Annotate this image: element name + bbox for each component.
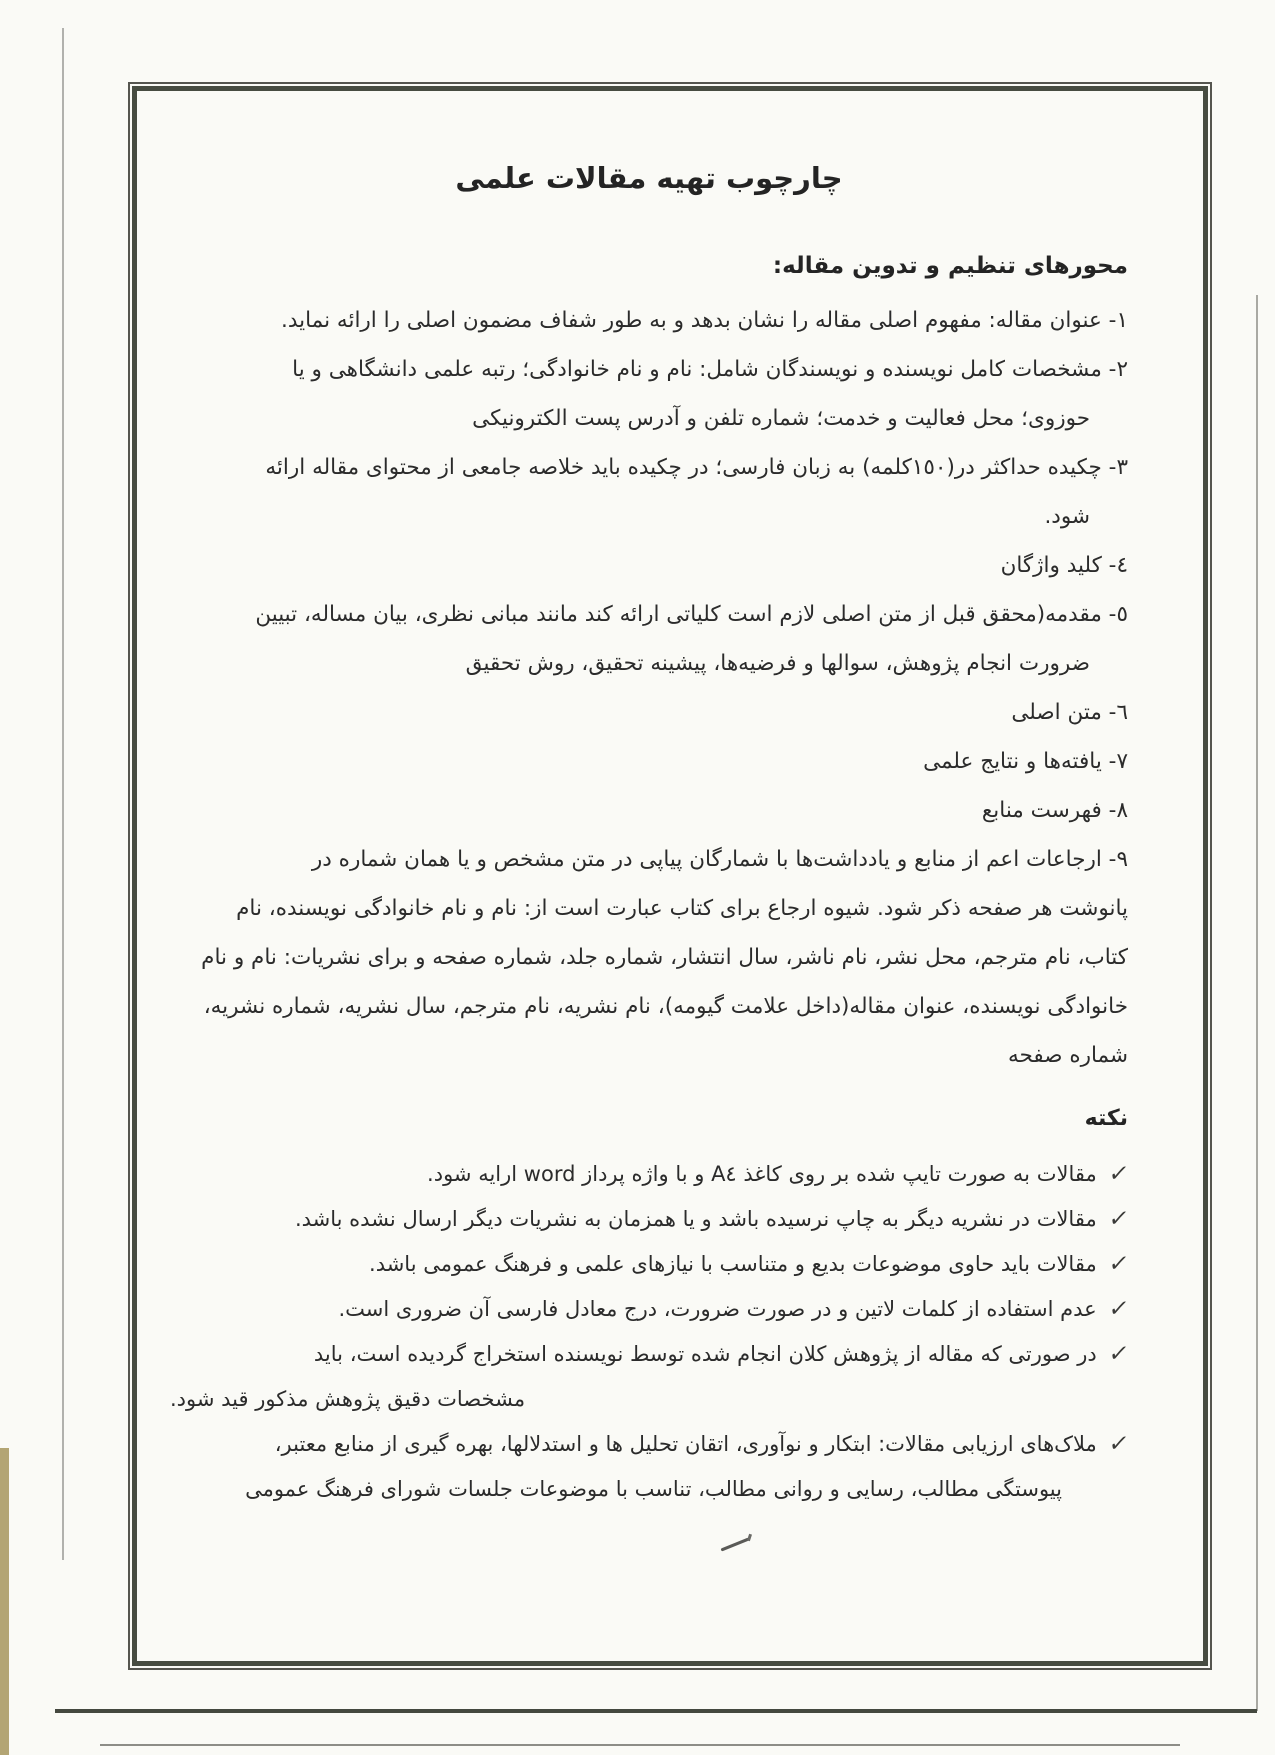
document-body: چارچوب تهیه مقالات علمی محورهای تنظیم و … [170,158,1128,1512]
check-icon: ✓ [1105,1287,1132,1332]
note-item-6-line-2: پیوستگی مطالب، رسایی و روانی مطالب، تناس… [170,1467,1128,1512]
note-item-6-line-1: ✓ملاک‌های ارزیابی مقالات: ابتکار و نوآور… [170,1422,1128,1467]
note-item-5-text-1: در صورتی که مقاله از پژوهش کلان انجام شد… [314,1342,1097,1366]
note-item-5-line-2: مشخصات دقیق پژوهش مذکور قید شود. [170,1377,1128,1422]
note-item-1-text: مقالات به صورت تایپ شده بر روی کاغذ A٤ و… [427,1162,1097,1186]
note-item-3: ✓مقالات باید حاوی موضوعات بدیع و متناسب … [170,1242,1128,1287]
note-item-6-text-1: ملاک‌های ارزیابی مقالات: ابتکار و نوآوری… [275,1432,1097,1456]
note-item-4-text: عدم استفاده از کلمات لاتین و در صورت ضرو… [338,1297,1096,1321]
section-heading-axes: محورهای تنظیم و تدوین مقاله: [170,250,1128,282]
scan-bottom-rule [55,1709,1257,1713]
scan-bottom-thin-rule [100,1744,1180,1746]
list-item-5-line-2: ضرورت انجام پژوهش، سوالها و فرضیه‌ها، پی… [170,639,1128,688]
note-item-1: ✓مقالات به صورت تایپ شده بر روی کاغذ A٤ … [170,1152,1128,1197]
note-item-4: ✓عدم استفاده از کلمات لاتین و در صورت ضر… [170,1287,1128,1332]
check-icon: ✓ [1105,1332,1132,1377]
list-item-1: ۱- عنوان مقاله: مفهوم اصلی مقاله را نشان… [170,296,1128,345]
list-item-9-line-5: شماره صفحه [170,1031,1128,1080]
check-icon: ✓ [1105,1422,1132,1467]
check-icon: ✓ [1105,1242,1132,1287]
list-item-3-line-1: ۳- چکیده حداکثر در(١٥٠کلمه) به زبان فارس… [170,443,1128,492]
list-item-9-line-1: ۹- ارجاعات اعم از منابع و یادداشت‌ها با … [170,835,1128,884]
note-item-5-line-1: ✓در صورتی که مقاله از پژوهش کلان انجام ش… [170,1332,1128,1377]
page-title: چارچوب تهیه مقالات علمی [170,158,1128,198]
scan-right-line [1256,295,1258,1711]
list-item-9-line-4: خانوادگی نویسنده، عنوان مقاله(داخل علامت… [170,982,1128,1031]
list-item-3-line-2: شود. [170,492,1128,541]
check-icon: ✓ [1105,1152,1132,1197]
note-list: ✓مقالات به صورت تایپ شده بر روی کاغذ A٤ … [170,1152,1128,1512]
check-icon: ✓ [1105,1197,1132,1242]
numbered-list: ۱- عنوان مقاله: مفهوم اصلی مقاله را نشان… [170,296,1128,1080]
note-item-2: ✓مقالات در نشریه دیگر به چاپ نرسیده باشد… [170,1197,1128,1242]
list-item-2-line-2: حوزوی؛ محل فعالیت و خدمت؛ شماره تلفن و آ… [170,394,1128,443]
note-item-2-text: مقالات در نشریه دیگر به چاپ نرسیده باشد … [295,1207,1097,1231]
list-item-5-line-1: ٥- مقدمه(محقق قبل از متن اصلی لازم است ک… [170,590,1128,639]
list-item-6: ٦- متن اصلی [170,688,1128,737]
list-item-9-line-3: کتاب، نام مترجم، محل نشر، نام ناشر، سال … [170,933,1128,982]
list-item-2-line-1: ۲- مشخصات کامل نویسنده و نویسندگان شامل:… [170,345,1128,394]
note-item-3-text: مقالات باید حاوی موضوعات بدیع و متناسب ب… [369,1252,1097,1276]
list-item-4: ٤- کلید واژگان [170,541,1128,590]
section-heading-note: نکته [170,1102,1128,1136]
scan-edge-strip [0,1448,9,1755]
list-item-8: ۸- فهرست منابع [170,786,1128,835]
list-item-9-line-2: پانوشت هر صفحه ذکر شود. شیوه ارجاع برای … [170,884,1128,933]
list-item-7: ۷- یافته‌ها و نتایج علمی [170,737,1128,786]
scan-left-line [62,28,64,1560]
